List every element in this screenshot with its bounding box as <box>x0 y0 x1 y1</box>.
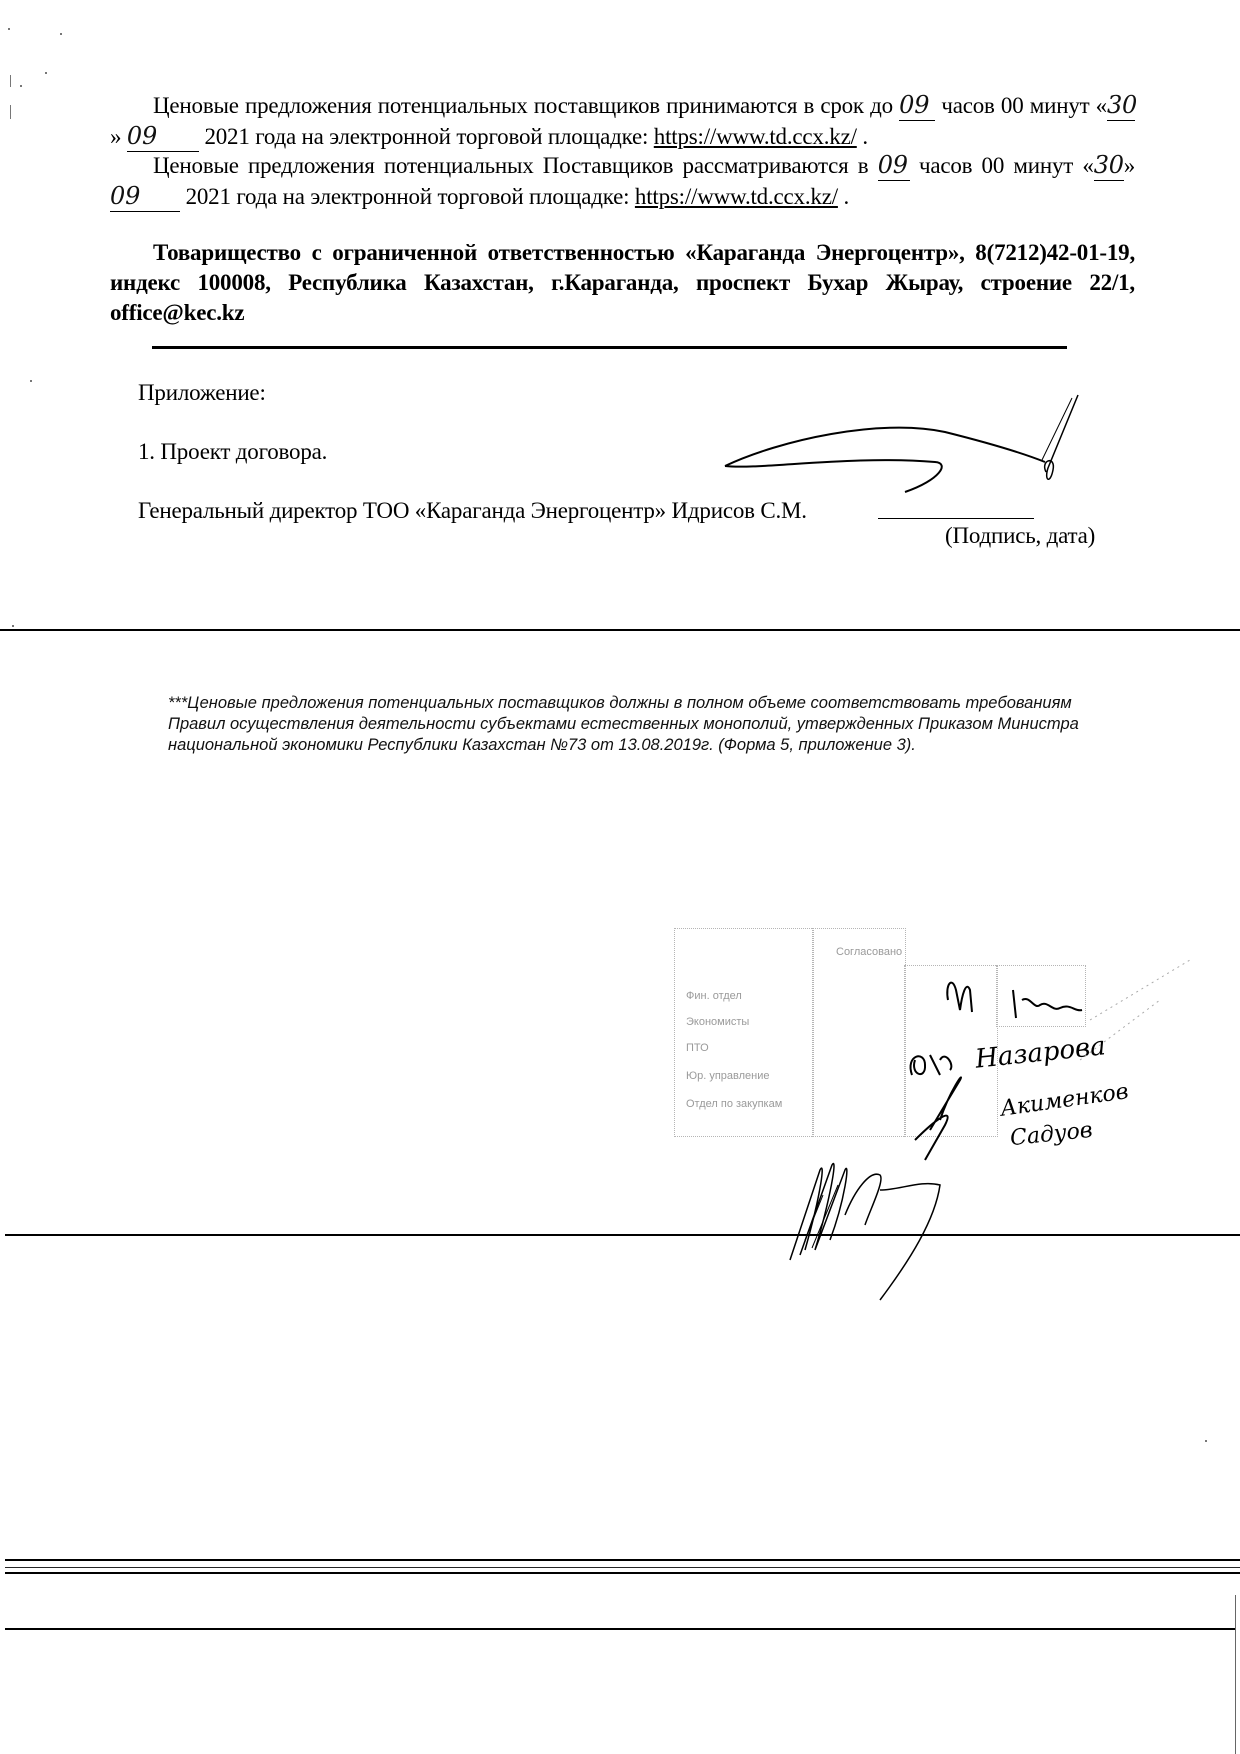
section-divider <box>5 1234 1240 1236</box>
approval-signatures-icon <box>0 0 1240 1754</box>
page-edge-mark <box>1235 1595 1236 1754</box>
footer-rule <box>5 1628 1235 1630</box>
footer-rule <box>5 1559 1240 1561</box>
footer-rule <box>5 1567 1240 1568</box>
footer-rule <box>5 1572 1240 1574</box>
